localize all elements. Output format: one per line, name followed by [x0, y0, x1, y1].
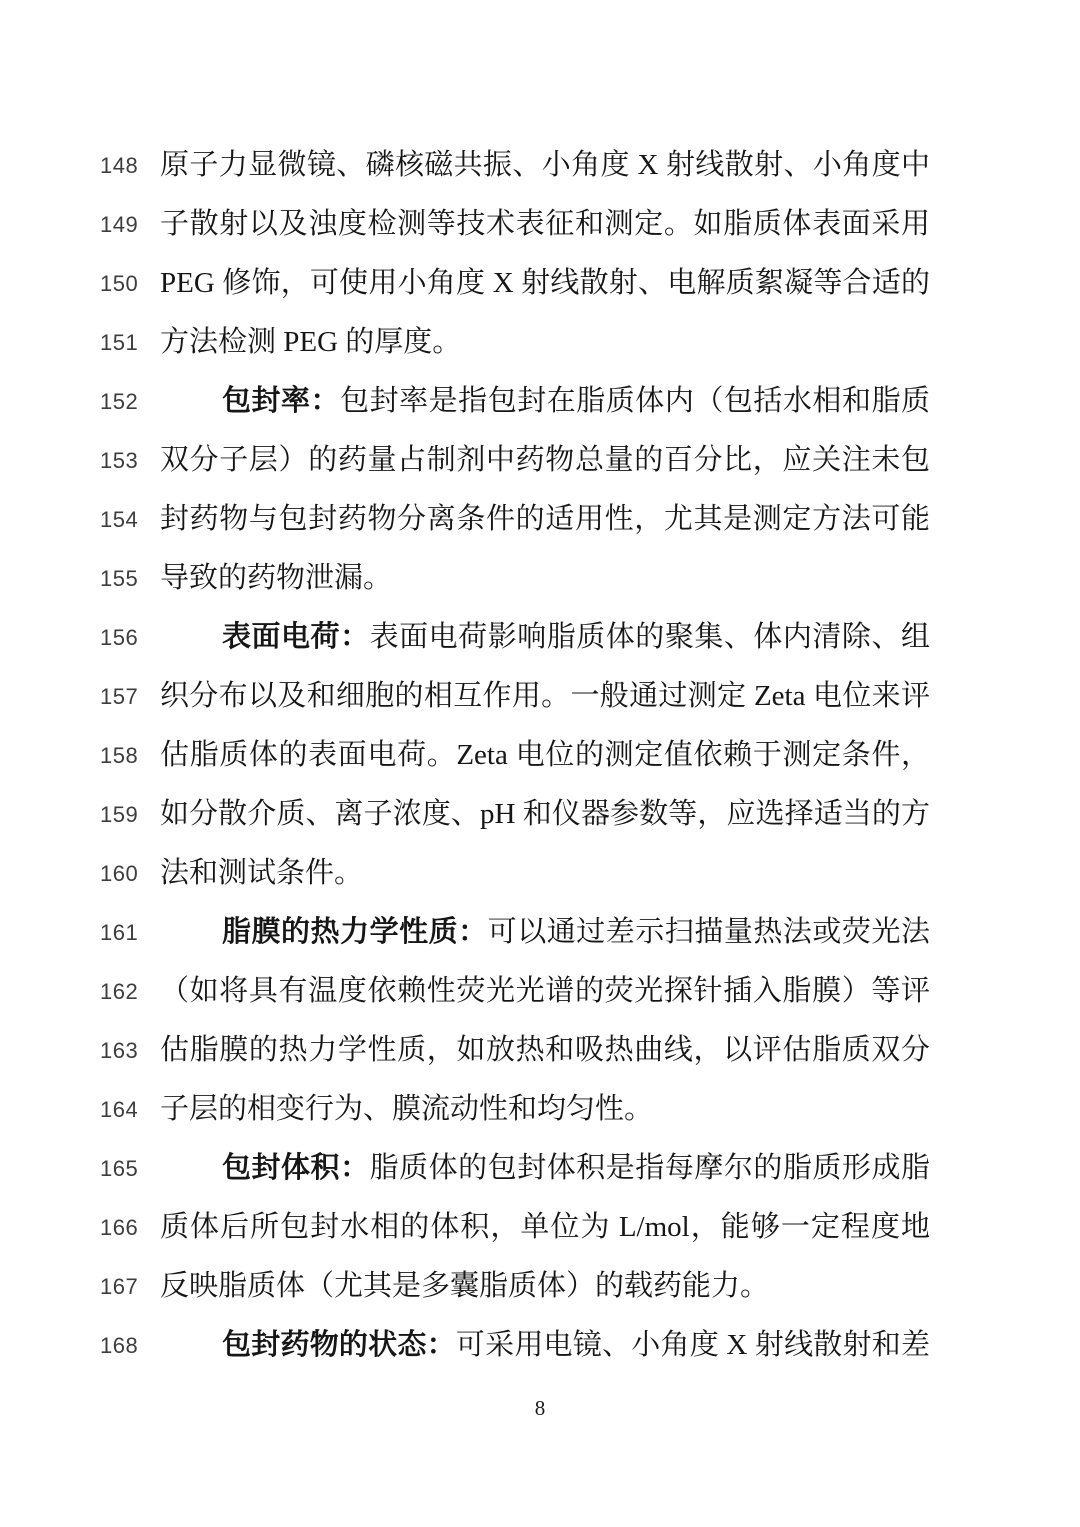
document-line: 163估脂膜的热力学性质，如放热和吸热曲线，以评估脂质双分 — [100, 1021, 940, 1080]
line-text: 包封体积：脂质体的包封体积是指每摩尔的脂质形成脂 — [160, 1154, 930, 1183]
line-text: 质体后所包封水相的体积，单位为 L/mol，能够一定程度地 — [160, 1213, 930, 1242]
line-number: 150 — [100, 271, 160, 297]
term-heading: 包封率： — [222, 385, 340, 417]
line-number: 165 — [100, 1156, 160, 1182]
body-text: 表面电荷影响脂质体的聚集、体内清除、组 — [370, 621, 930, 653]
body-text: 方法检测 PEG 的厚度。 — [160, 326, 461, 358]
body-text: 可以通过差示扫描量热法或荧光法 — [488, 916, 930, 948]
body-text: PEG 修饰，可使用小角度 X 射线散射、电解质絮凝等合适的 — [160, 267, 930, 299]
document-line: 157织分布以及和细胞的相互作用。一般通过测定 Zeta 电位来评 — [100, 667, 940, 726]
document-line: 151方法检测 PEG 的厚度。 — [100, 313, 940, 372]
document-line: 164子层的相变行为、膜流动性和均匀性。 — [100, 1080, 940, 1139]
document-line: 150PEG 修饰，可使用小角度 X 射线散射、电解质絮凝等合适的 — [100, 254, 940, 313]
body-text: 估脂膜的热力学性质，如放热和吸热曲线，以评估脂质双分 — [160, 1034, 930, 1066]
document-line: 159如分散介质、离子浓度、pH 和仪器参数等，应选择适当的方 — [100, 785, 940, 844]
line-number: 149 — [100, 212, 160, 238]
line-text: 反映脂质体（尤其是多囊脂质体）的载药能力。 — [160, 1272, 930, 1301]
line-text: PEG 修饰，可使用小角度 X 射线散射、电解质絮凝等合适的 — [160, 269, 930, 298]
document-line: 152包封率：包封率是指包封在脂质体内（包括水相和脂质 — [100, 372, 940, 431]
line-number: 160 — [100, 861, 160, 887]
line-number: 158 — [100, 743, 160, 769]
body-text: 织分布以及和细胞的相互作用。一般通过测定 Zeta 电位来评 — [160, 680, 930, 712]
body-text: 导致的药物泄漏。 — [160, 562, 392, 594]
line-text: （如将具有温度依赖性荧光光谱的荧光探针插入脂膜）等评 — [160, 977, 930, 1006]
line-text: 封药物与包封药物分离条件的适用性，尤其是测定方法可能 — [160, 505, 930, 534]
line-text: 导致的药物泄漏。 — [160, 564, 930, 593]
line-number: 148 — [100, 153, 160, 179]
body-text: 包封率是指包封在脂质体内（包括水相和脂质 — [340, 385, 930, 417]
body-text: 可采用电镜、小角度 X 射线散射和差 — [456, 1329, 930, 1361]
line-number: 152 — [100, 389, 160, 415]
line-number: 168 — [100, 1333, 160, 1359]
line-number: 151 — [100, 330, 160, 356]
document-line: 162（如将具有温度依赖性荧光光谱的荧光探针插入脂膜）等评 — [100, 962, 940, 1021]
document-line: 161脂膜的热力学性质：可以通过差示扫描量热法或荧光法 — [100, 903, 940, 962]
body-text: 如分散介质、离子浓度、pH 和仪器参数等，应选择适当的方 — [160, 798, 930, 830]
line-number: 159 — [100, 802, 160, 828]
document-body: 148原子力显微镜、磷核磁共振、小角度 X 射线散射、小角度中149子散射以及浊… — [100, 136, 940, 1375]
document-page: 148原子力显微镜、磷核磁共振、小角度 X 射线散射、小角度中149子散射以及浊… — [0, 0, 1080, 1527]
line-text: 子散射以及浊度检测等技术表征和测定。如脂质体表面采用 — [160, 210, 930, 239]
line-text: 表面电荷：表面电荷影响脂质体的聚集、体内清除、组 — [160, 623, 930, 652]
body-text: 脂质体的包封体积是指每摩尔的脂质形成脂 — [370, 1152, 930, 1184]
document-line: 165包封体积：脂质体的包封体积是指每摩尔的脂质形成脂 — [100, 1139, 940, 1198]
line-text: 双分子层）的药量占制剂中药物总量的百分比，应关注未包 — [160, 446, 930, 475]
body-text: 子层的相变行为、膜流动性和均匀性。 — [160, 1093, 653, 1125]
line-number: 164 — [100, 1097, 160, 1123]
line-text: 原子力显微镜、磷核磁共振、小角度 X 射线散射、小角度中 — [160, 151, 930, 180]
document-line: 153双分子层）的药量占制剂中药物总量的百分比，应关注未包 — [100, 431, 940, 490]
line-text: 包封率：包封率是指包封在脂质体内（包括水相和脂质 — [160, 387, 930, 416]
line-text: 如分散介质、离子浓度、pH 和仪器参数等，应选择适当的方 — [160, 800, 930, 829]
body-text: （如将具有温度依赖性荧光光谱的荧光探针插入脂膜）等评 — [160, 975, 930, 1007]
document-line: 149子散射以及浊度检测等技术表征和测定。如脂质体表面采用 — [100, 195, 940, 254]
document-line: 155导致的药物泄漏。 — [100, 549, 940, 608]
document-line: 166质体后所包封水相的体积，单位为 L/mol，能够一定程度地 — [100, 1198, 940, 1257]
line-number: 167 — [100, 1274, 160, 1300]
document-line: 154封药物与包封药物分离条件的适用性，尤其是测定方法可能 — [100, 490, 940, 549]
line-text: 织分布以及和细胞的相互作用。一般通过测定 Zeta 电位来评 — [160, 682, 930, 711]
term-heading: 脂膜的热力学性质： — [222, 916, 488, 948]
page-number: 8 — [0, 1396, 1080, 1421]
line-number: 157 — [100, 684, 160, 710]
term-heading: 表面电荷： — [222, 621, 370, 653]
document-line: 156表面电荷：表面电荷影响脂质体的聚集、体内清除、组 — [100, 608, 940, 667]
line-number: 166 — [100, 1215, 160, 1241]
line-number: 156 — [100, 625, 160, 651]
line-text: 子层的相变行为、膜流动性和均匀性。 — [160, 1095, 930, 1124]
body-text: 原子力显微镜、磷核磁共振、小角度 X 射线散射、小角度中 — [160, 149, 930, 181]
body-text: 封药物与包封药物分离条件的适用性，尤其是测定方法可能 — [160, 503, 930, 535]
line-number: 155 — [100, 566, 160, 592]
line-number: 154 — [100, 507, 160, 533]
line-text: 脂膜的热力学性质：可以通过差示扫描量热法或荧光法 — [160, 918, 930, 947]
line-number: 153 — [100, 448, 160, 474]
document-line: 167反映脂质体（尤其是多囊脂质体）的载药能力。 — [100, 1257, 940, 1316]
document-line: 168包封药物的状态：可采用电镜、小角度 X 射线散射和差 — [100, 1316, 940, 1375]
body-text: 双分子层）的药量占制剂中药物总量的百分比，应关注未包 — [160, 444, 930, 476]
body-text: 法和测试条件。 — [160, 857, 363, 889]
term-heading: 包封体积： — [222, 1152, 370, 1184]
document-line: 158估脂质体的表面电荷。Zeta 电位的测定值依赖于测定条件， — [100, 726, 940, 785]
body-text: 子散射以及浊度检测等技术表征和测定。如脂质体表面采用 — [160, 208, 930, 240]
body-text: 估脂质体的表面电荷。Zeta 电位的测定值依赖于测定条件， — [160, 739, 930, 771]
line-number: 162 — [100, 979, 160, 1005]
document-line: 160法和测试条件。 — [100, 844, 940, 903]
line-number: 161 — [100, 920, 160, 946]
body-text: 质体后所包封水相的体积，单位为 L/mol，能够一定程度地 — [160, 1211, 930, 1243]
term-heading: 包封药物的状态： — [222, 1329, 456, 1361]
line-number: 163 — [100, 1038, 160, 1064]
body-text: 反映脂质体（尤其是多囊脂质体）的载药能力。 — [160, 1270, 769, 1302]
line-text: 法和测试条件。 — [160, 859, 930, 888]
line-text: 估脂质体的表面电荷。Zeta 电位的测定值依赖于测定条件， — [160, 741, 930, 770]
line-text: 估脂膜的热力学性质，如放热和吸热曲线，以评估脂质双分 — [160, 1036, 930, 1065]
document-line: 148原子力显微镜、磷核磁共振、小角度 X 射线散射、小角度中 — [100, 136, 940, 195]
line-text: 方法检测 PEG 的厚度。 — [160, 328, 930, 357]
line-text: 包封药物的状态：可采用电镜、小角度 X 射线散射和差 — [160, 1331, 930, 1360]
